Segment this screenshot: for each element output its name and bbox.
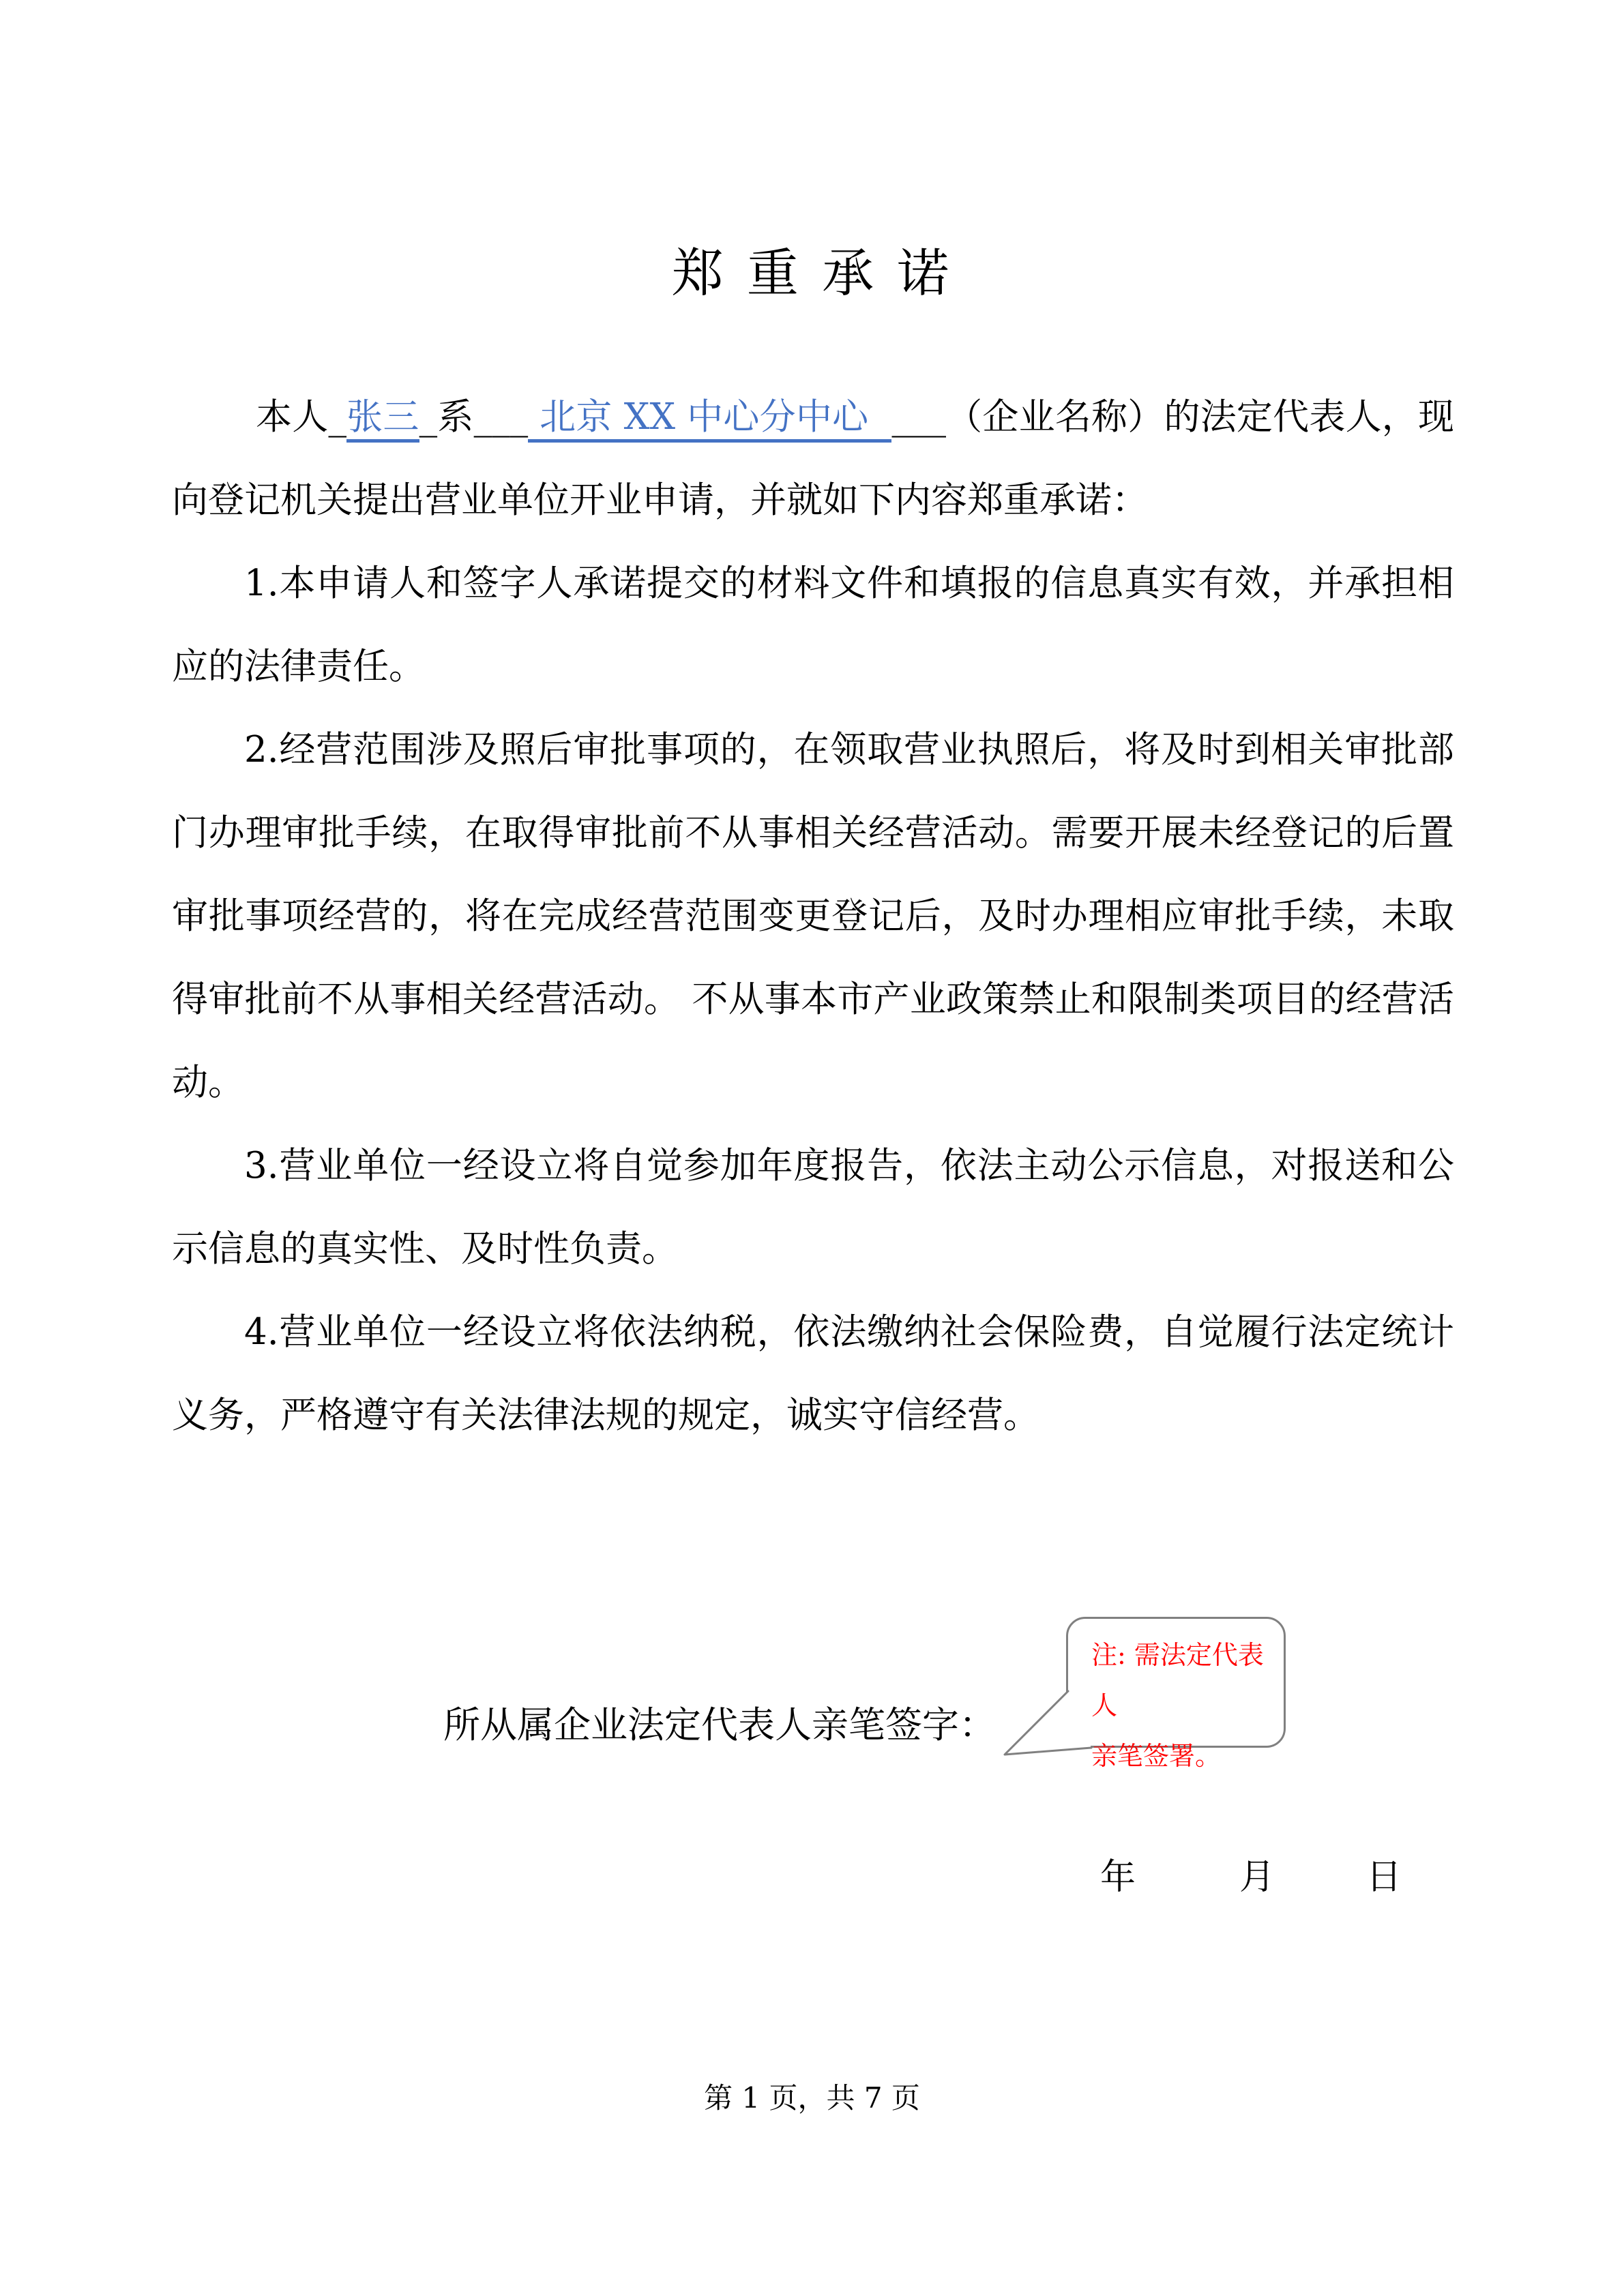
legal-rep-name-blank-value: 张三 — [346, 396, 419, 443]
clause-2: 2.经营范围涉及照后审批事项的，在领取营业执照后，将及时到相关审批部门办理审批手… — [172, 709, 1454, 1124]
note-line-2: 亲笔签署。 — [1091, 1731, 1274, 1781]
document-body: 本人_张三_系___ 北京 XX 中心分中心 ___（企业名称）的法定代表人，现… — [172, 376, 1454, 1457]
company-name-blank-value: 北京 XX 中心分中心 — [528, 396, 891, 443]
date-month-label: 月 — [1239, 1857, 1275, 1898]
opening-connector: 系 — [437, 396, 473, 438]
blank-underscore: _ — [328, 396, 346, 438]
document-page: 郑 重 承 诺 本人_张三_系___ 北京 XX 中心分中心 ___（企业名称）… — [0, 0, 1624, 2296]
page-number-footer: 第 1 页，共 7 页 — [0, 2081, 1624, 2115]
blank-underscore: ___ — [891, 396, 946, 438]
callout-tail-pointer — [982, 1678, 1119, 1766]
date-day-label: 日 — [1366, 1857, 1402, 1898]
blank-underscore: _ — [419, 396, 438, 438]
blank-underscore: ___ — [474, 396, 529, 438]
opening-paragraph: 本人_张三_系___ 北京 XX 中心分中心 ___（企业名称）的法定代表人，现… — [172, 376, 1454, 542]
date-line: 年月日 — [1100, 1856, 1402, 1898]
clause-1: 1.本申请人和签字人承诺提交的材料文件和填报的信息真实有效，并承担相应的法律责任… — [172, 542, 1454, 709]
opening-prefix: 本人 — [256, 396, 328, 438]
clause-3: 3.营业单位一经设立将自觉参加年度报告，依法主动公示信息，对报送和公示信息的真实… — [172, 1124, 1454, 1291]
signature-label: 所从属企业法定代表人亲笔签字： — [443, 1703, 996, 1748]
date-year-label: 年 — [1100, 1857, 1136, 1898]
note-line-1: 注: 需法定代表人 — [1091, 1630, 1274, 1731]
clause-4: 4.营业单位一经设立将依法纳税，依法缴纳社会保险费，自觉履行法定统计义务，严格遵… — [172, 1291, 1454, 1457]
document-title: 郑 重 承 诺 — [0, 0, 1624, 308]
